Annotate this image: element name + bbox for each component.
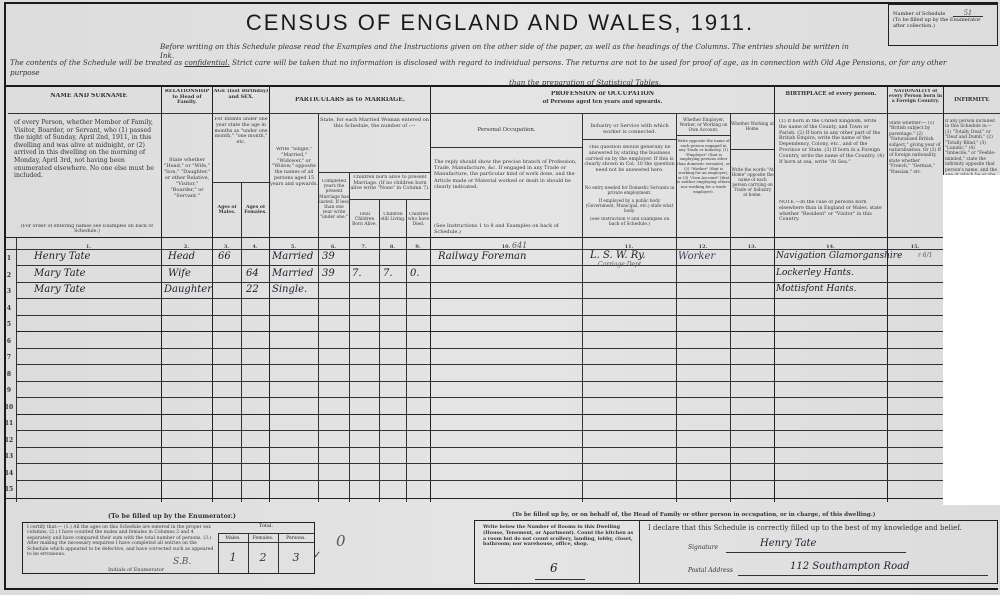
rooms-box: Write below the Number of Rooms in this …	[474, 520, 640, 584]
initials-label: Initials of Enumerator	[108, 567, 164, 573]
row1-industry[interactable]: L. S. W. Ry.	[590, 250, 646, 261]
address-line	[738, 575, 988, 576]
row-number: 10	[4, 404, 14, 411]
divider	[774, 87, 775, 502]
col-industry-note3: (See Instruction 9 and Examples on back …	[584, 217, 675, 227]
row1-condition[interactable]: Married	[272, 251, 313, 262]
rooms-line	[535, 579, 585, 580]
col-relationship-instructions: State whether "Head," or "Wife," "Son," …	[162, 157, 212, 199]
col-nationality-instructions: State whether:— (1) "British subject by …	[889, 121, 942, 175]
row-line	[16, 430, 943, 431]
col-number: 14.	[774, 244, 887, 250]
row1-occupation[interactable]: Railway Foreman	[438, 251, 526, 262]
household-caption: (To be filled up by, or on behalf of, th…	[512, 512, 875, 518]
col-employer-title: Whether Employer, Worker, or Working on …	[677, 117, 730, 132]
table-bottom	[4, 498, 1000, 499]
col-industry-note1: No entry needed for Domestic Servants in…	[584, 185, 675, 195]
enumerator-certify: I certify that:— (1.) All the ages on th…	[27, 525, 217, 557]
col-children-living: Children still Living.	[380, 212, 406, 222]
row-line	[16, 282, 943, 283]
divider	[212, 87, 213, 502]
col-number: 10.	[430, 244, 582, 250]
declaration-box: I declare that this Schedule is correctl…	[640, 520, 998, 584]
divider	[212, 182, 269, 183]
col-nationality-title: NATIONALITY of every Person born in a Fo…	[888, 89, 943, 105]
row2-condition[interactable]: Married	[272, 268, 313, 279]
col-personal-note: (See Instructions 1 to 8 and Examples on…	[434, 223, 580, 235]
schedule-number-box: Number of Schedule 51 (To be filled up b…	[888, 4, 998, 46]
divider	[730, 149, 774, 150]
row3-condition[interactable]: Single.	[272, 284, 307, 295]
total-females[interactable]: 2	[248, 543, 278, 573]
signature[interactable]: Henry Tate	[760, 538, 816, 549]
schedule-note: (To be filled up by the Enumerator after…	[893, 17, 981, 29]
row-number: 3	[4, 288, 14, 295]
enumerator-box: I certify that:— (1.) All the ages on th…	[22, 522, 315, 574]
confidential-word: confidential.	[184, 58, 229, 67]
col-birthplace-instructions: (1) If born in the United Kingdom, write…	[779, 119, 885, 165]
confidential-pre: The contents of the Schedule will be tre…	[10, 58, 184, 67]
total-persons[interactable]: 3	[278, 543, 314, 573]
row-number: 12	[4, 437, 14, 444]
row2-children-born[interactable]: 7.	[352, 268, 362, 279]
row2-name[interactable]: Mary Tate	[34, 268, 86, 279]
divider	[8, 113, 1000, 114]
row2-relationship[interactable]: Wife	[168, 268, 191, 279]
row-number: 5	[4, 321, 14, 328]
row-number: 15	[4, 486, 14, 493]
signature-line	[726, 552, 906, 553]
col-employer-instructions: Write opposite the name of each person e…	[677, 139, 730, 194]
row1-employer[interactable]: Worker	[678, 251, 715, 262]
col-number: 13.	[730, 244, 774, 250]
total-males[interactable]: 1	[218, 543, 248, 573]
divider	[349, 199, 430, 200]
row-line	[16, 414, 943, 415]
address-label: Postal Address	[688, 567, 733, 574]
divider	[161, 87, 162, 502]
row-number: 2	[4, 272, 14, 279]
row-line	[16, 364, 943, 365]
col-infirmity-title: INFIRMITY.	[944, 97, 1000, 104]
declaration-text: I declare that this Schedule is correctl…	[648, 524, 962, 532]
col-children-died: Children who have Died.	[407, 212, 430, 228]
row2-children-living[interactable]: 7.	[383, 268, 393, 279]
row1-name[interactable]: Henry Tate	[34, 251, 90, 262]
col-name-instructions: of every Person, whether Member of Famil…	[14, 119, 160, 180]
divider	[430, 147, 582, 148]
col-number: 8.	[379, 244, 406, 250]
divider	[318, 172, 430, 173]
col-number: 3.	[212, 244, 241, 250]
row-line	[16, 315, 943, 316]
divider	[4, 237, 1000, 238]
row1-years-married[interactable]: 39	[322, 251, 335, 262]
col-age-males: Ages of Males.	[213, 205, 241, 216]
col-industry-title: Industry or Service with which worker is…	[583, 123, 676, 135]
row-number: 4	[4, 305, 14, 312]
row2-years-married[interactable]: 39	[322, 268, 335, 279]
col-name-title: NAME AND SURNAME	[16, 93, 161, 100]
enumerator-caption: (To be filled up by the Enumerator.)	[108, 512, 236, 520]
col-marriage-condition: Write "Single," "Married," "Widower," or…	[270, 147, 318, 188]
row-number: 13	[4, 453, 14, 460]
row2-children-died[interactable]: 0.	[410, 268, 420, 279]
row-number: 7	[4, 354, 14, 361]
row-line	[16, 397, 943, 398]
col-birthplace-note: NOTE.—In the case of persons born elsewh…	[779, 200, 885, 223]
row-line	[16, 298, 943, 299]
infirmity-column-blank	[943, 175, 1000, 505]
row1-relationship[interactable]: Head	[168, 251, 195, 262]
males-label: Males.	[218, 533, 248, 543]
row1-birthplace[interactable]: Navigation Glamorganshire	[776, 251, 902, 261]
confidentiality-notice: The contents of the Schedule will be tre…	[10, 58, 960, 88]
census-schedule-page: CENSUS OF ENGLAND AND WALES, 1911. Befor…	[0, 0, 1000, 595]
divider	[430, 87, 431, 502]
row1-industry-annotation: Carriage Dept	[598, 261, 641, 268]
row3-relationship[interactable]: Daughter	[164, 284, 212, 295]
col-profession-title: PROFESSION or OCCUPATION	[431, 91, 774, 98]
row-number: 9	[4, 387, 14, 394]
row-line	[16, 265, 943, 266]
row3-age-female[interactable]: 22	[246, 284, 259, 295]
row2-age-female[interactable]: 64	[246, 268, 259, 279]
col-number: 1.	[16, 244, 161, 250]
col-number: 2.	[161, 244, 212, 250]
col-home-title: Whether Working at Home.	[731, 121, 774, 131]
schedule-number[interactable]: 51	[953, 10, 983, 17]
col-birthplace-title: BIRTHPLACE of every person.	[775, 91, 887, 97]
row-number: 14	[4, 470, 14, 477]
col-marriage-woman: State, for each Married Woman entered on…	[319, 117, 430, 129]
row3-birthplace[interactable]: Mottisfont Hants.	[776, 284, 857, 294]
total-label: Total.	[218, 523, 314, 529]
col-age-females: Ages of Females.	[242, 205, 269, 216]
col-marriage-years: Completed years the present Marriage has…	[319, 179, 349, 221]
row-line	[16, 463, 943, 464]
col-number: 6.	[318, 244, 349, 250]
divider	[676, 135, 730, 136]
row1-birthplace-code: r 6/1	[918, 252, 932, 259]
row2-birthplace[interactable]: Lockerley Hants.	[776, 268, 854, 278]
enumerator-mark: 0	[336, 532, 346, 550]
persons-label: Persons.	[278, 533, 314, 543]
col-children-header: Children born alive to present Marriage.…	[350, 175, 430, 192]
col-industry-note2: If employed by a public body (Government…	[584, 198, 675, 213]
col-number: 12.	[676, 244, 730, 250]
col-personal-occupation: Personal Occupation.	[431, 127, 582, 134]
census-table: NAME AND SURNAME of every Person, whethe…	[4, 87, 1000, 502]
col-industry-instructions: This question should generally be answer…	[584, 145, 675, 174]
page-title: CENSUS OF ENGLAND AND WALES, 1911.	[0, 10, 1000, 36]
divider	[241, 182, 242, 502]
row-line	[16, 331, 943, 332]
col-age-title: AGE (last Birthday) and SEX.	[213, 89, 269, 100]
check-mark-icon: ✓	[313, 550, 321, 561]
row3-name[interactable]: Mary Tate	[34, 284, 86, 295]
totals-table: Total. Males. Females. Persons. 1 2 3	[218, 523, 314, 573]
postal-address[interactable]: 112 Southampton Road	[790, 561, 909, 572]
row-number: 6	[4, 338, 14, 345]
initials-line	[158, 573, 218, 574]
rooms-count[interactable]: 6	[550, 561, 558, 575]
row1-age-male[interactable]: 66	[218, 251, 231, 262]
col-marriage-title: PARTICULARS as to MARRIAGE.	[270, 97, 430, 104]
col-age-instructions: For Infants under one year state the age…	[213, 117, 269, 146]
females-label: Females.	[248, 533, 278, 543]
rooms-instructions: Write below the Number of Rooms in this …	[483, 525, 635, 548]
divider	[582, 139, 676, 140]
enumerator-initials[interactable]: S.B.	[173, 557, 191, 567]
row-number: 8	[4, 371, 14, 378]
divider	[887, 87, 888, 502]
col-number: 9.	[406, 244, 430, 250]
row1-occupation-code: 641	[512, 241, 527, 250]
row-number: 11	[4, 420, 14, 427]
col-number: 5.	[269, 244, 318, 250]
row-line	[16, 447, 943, 448]
row-number: 1	[4, 255, 14, 262]
row-line	[16, 381, 943, 382]
row-line	[16, 348, 943, 349]
col-home-instructions: Write the words "At Home" opposite the n…	[731, 167, 774, 197]
col-children-born: Total Children Born Alive.	[350, 212, 379, 228]
col-number: 7.	[349, 244, 379, 250]
col-personal-instructions: The reply should show the precise branch…	[434, 159, 580, 190]
col-relationship-title: RELATIONSHIP to Head of Family.	[162, 89, 212, 106]
col-number: 15.	[887, 244, 943, 250]
col-number: 4.	[241, 244, 269, 250]
divider	[582, 113, 583, 502]
col-name-note: (For order of entering names see Example…	[14, 224, 160, 235]
signature-label: Signature	[688, 544, 718, 551]
col-profession-subtitle: of Persons aged ten years and upwards.	[431, 99, 774, 106]
row-line	[16, 480, 943, 481]
